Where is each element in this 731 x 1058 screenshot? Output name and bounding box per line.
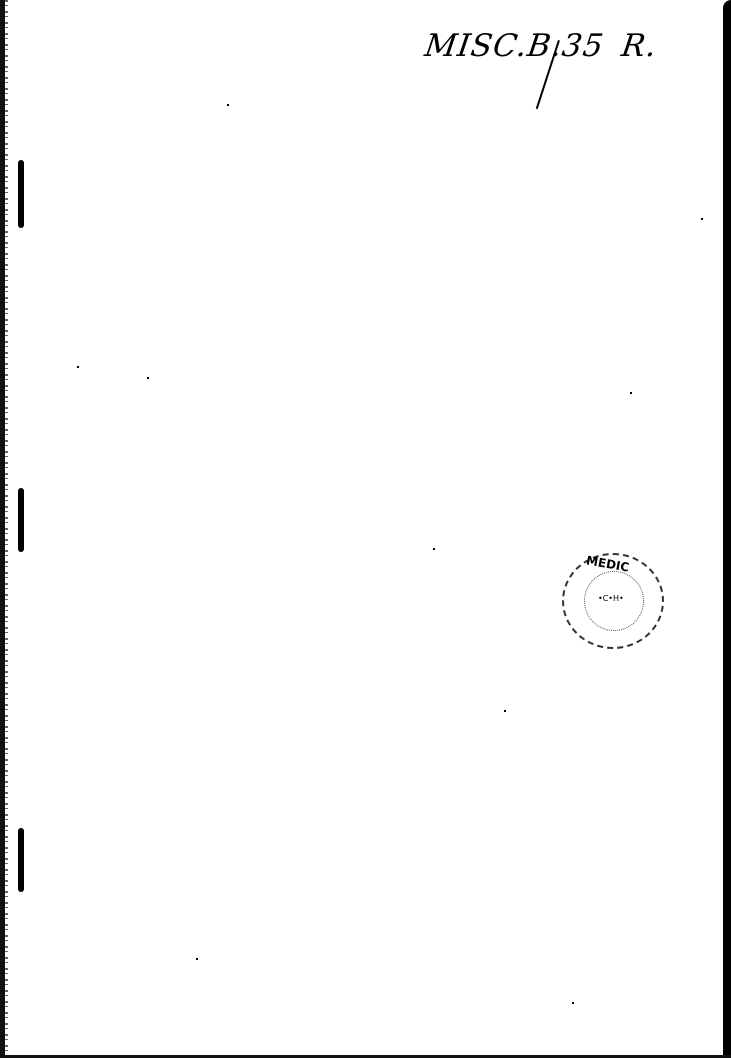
library-stamp: MEDIC •C•H•	[562, 553, 664, 649]
scan-speck	[147, 377, 149, 379]
scan-speck	[196, 958, 198, 960]
shelfmark-suffix: R.	[619, 28, 659, 64]
scan-speck	[701, 218, 703, 220]
staple-hole-top	[18, 160, 24, 228]
scan-speck	[227, 104, 229, 106]
handwritten-shelfmark: MISC.B.35R.	[422, 28, 659, 64]
left-binding-texture	[5, 0, 8, 1058]
scan-speck	[433, 548, 435, 550]
stamp-center-text: •C•H•	[598, 594, 624, 603]
right-page-edge	[723, 0, 731, 1058]
shelfmark-text: MISC.B.35	[422, 28, 606, 64]
staple-hole-middle	[18, 488, 24, 552]
scan-speck	[77, 366, 79, 368]
scan-speck	[630, 392, 632, 394]
scan-speck	[504, 710, 506, 712]
scan-speck	[572, 1002, 574, 1004]
staple-hole-bottom	[18, 828, 24, 892]
